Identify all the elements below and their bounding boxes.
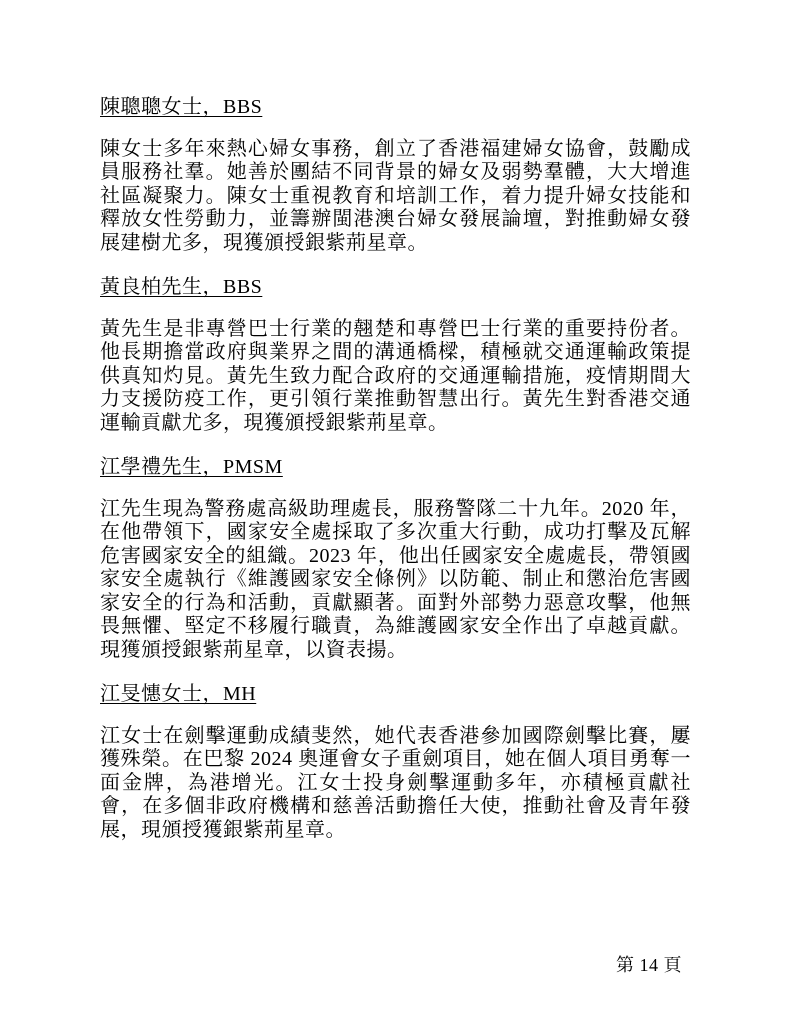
entry-citation: 黃先生是非專營巴士行業的翹楚和專營巴士行業的重要持份者。他長期擔當政府與業界之間… (100, 318, 691, 436)
citation-entry: 陳聰聰女士，BBS 陳女士多年來熱心婦女事務，創立了香港福建婦女協會，鼓勵成員服… (100, 96, 691, 255)
entry-heading: 江學禮先生，PMSM (100, 456, 691, 480)
citation-entry: 江旻憓女士，MH 江女士在劍擊運動成績斐然，她代表香港參加國際劍擊比賽，屢獲殊榮… (100, 683, 691, 842)
document-page: 陳聰聰女士，BBS 陳女士多年來熱心婦女事務，創立了香港福建婦女協會，鼓勵成員服… (0, 0, 791, 1024)
entry-heading: 江旻憓女士，MH (100, 683, 691, 707)
citation-entry: 黃良柏先生，BBS 黃先生是非專營巴士行業的翹楚和專營巴士行業的重要持份者。他長… (100, 276, 691, 435)
entry-citation: 江女士在劍擊運動成績斐然，她代表香港參加國際劍擊比賽，屢獲殊榮。在巴黎 2024… (100, 725, 691, 843)
citation-entry: 江學禮先生，PMSM 江先生現為警務處高級助理處長，服務警隊二十九年。2020 … (100, 456, 691, 662)
entry-citation: 江先生現為警務處高級助理處長，服務警隊二十九年。2020 年，在他帶領下，國家安… (100, 498, 691, 663)
entry-heading: 陳聰聰女士，BBS (100, 96, 691, 120)
entry-heading: 黃良柏先生，BBS (100, 276, 691, 300)
page-number: 第 14 頁 (616, 951, 682, 977)
entry-citation: 陳女士多年來熱心婦女事務，創立了香港福建婦女協會，鼓勵成員服務社羣。她善於團結不… (100, 138, 691, 256)
citations-content: 陳聰聰女士，BBS 陳女士多年來熱心婦女事務，創立了香港福建婦女協會，鼓勵成員服… (100, 96, 691, 863)
